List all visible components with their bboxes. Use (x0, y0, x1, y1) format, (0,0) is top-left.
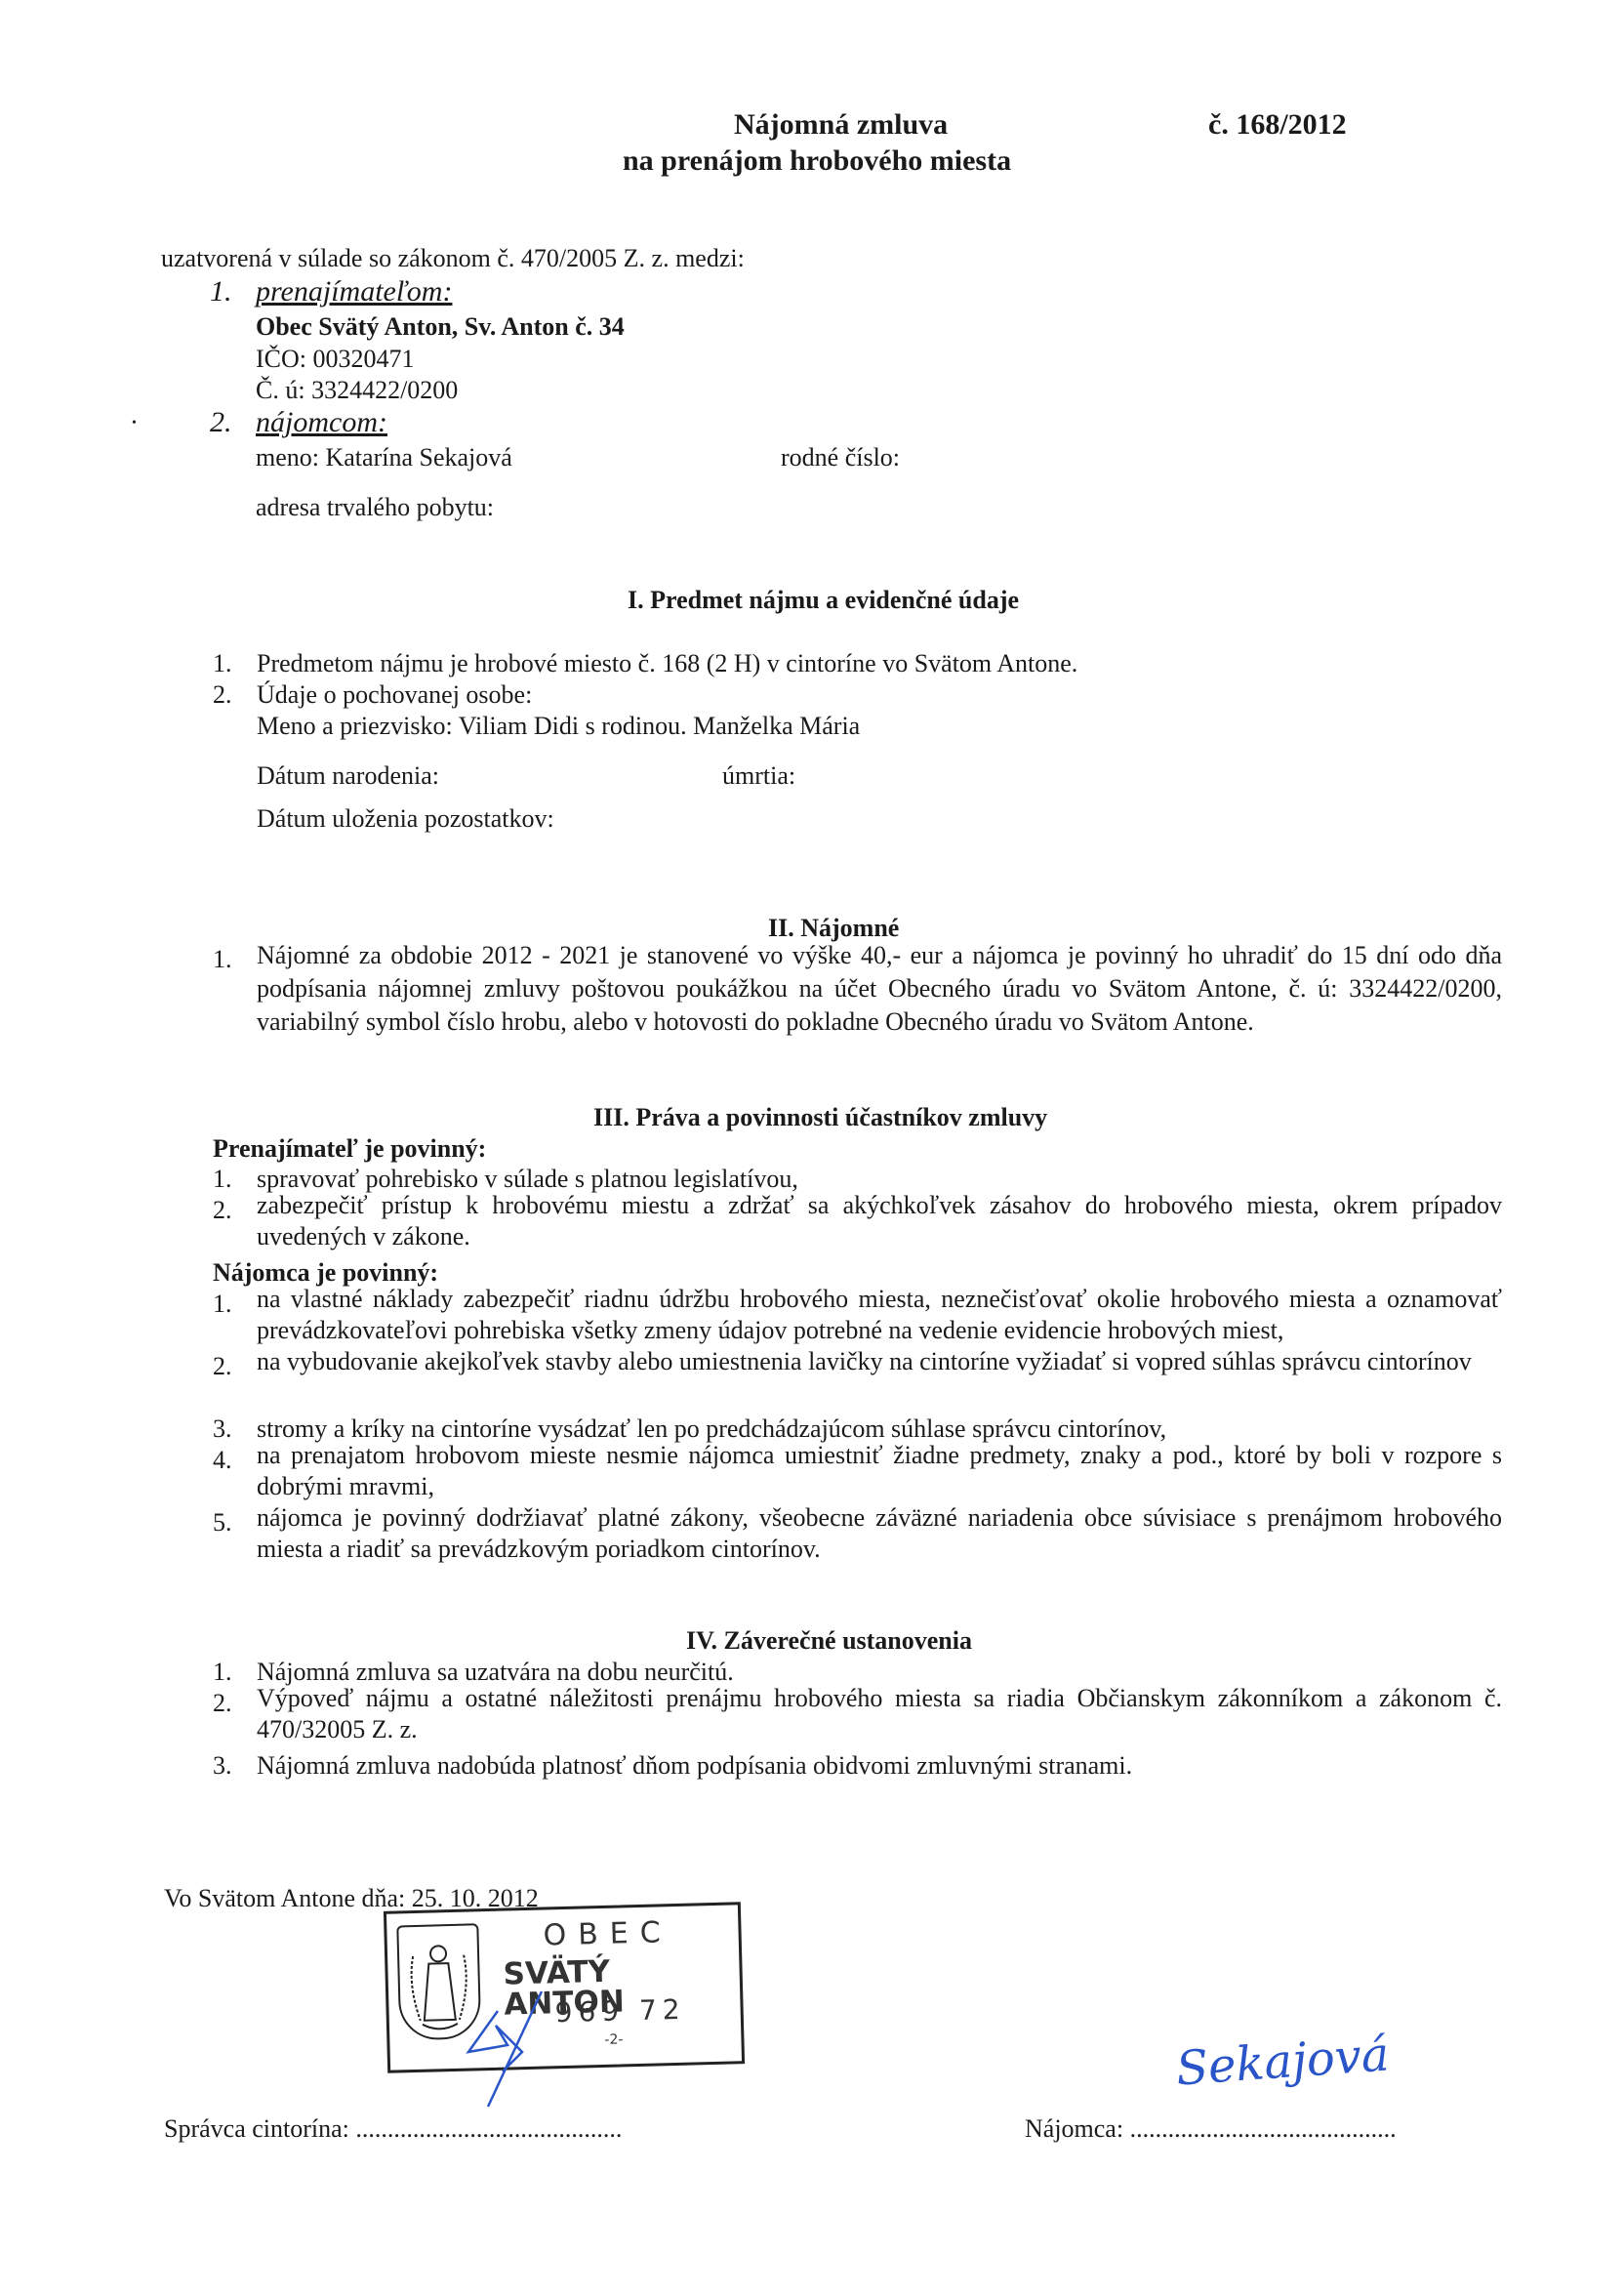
s3-lessor-item1-text: spravovať pohrebisko v súlade s platnou … (257, 1167, 798, 1192)
s3-lessee-item5-text: nájomca je povinný dodržiavať platné zák… (257, 1502, 1502, 1565)
s1-item2-num: 2. (213, 682, 232, 708)
margin-mark: • (132, 417, 137, 430)
s4-item3-text: Nájomná zmluva nadobúda platnosť dňom po… (257, 1753, 1132, 1779)
s3-lessee-item1-num: 1. (213, 1291, 232, 1317)
lessor-number: 1. (210, 277, 232, 307)
document-title: Nájomná zmluva (734, 110, 948, 140)
stamp-line4: -2- (604, 2032, 623, 2046)
s2-item1-num: 1. (213, 947, 232, 972)
document-subtitle: na prenájom hrobového miesta (623, 146, 1011, 176)
s4-item3-num: 3. (213, 1753, 232, 1779)
death-label: úmrtia: (722, 763, 795, 789)
s3-lessor-item2-text: zabezpečiť prístup k hrobovému miestu a … (257, 1190, 1502, 1252)
lessee-duties-heading: Nájomca je povinný: (213, 1260, 438, 1286)
birth-number-label: rodné číslo: (781, 445, 900, 471)
s3-lessee-item5-num: 5. (213, 1510, 232, 1536)
s1-item1-num: 1. (213, 651, 232, 676)
section1-heading: I. Predmet nájmu a evidenčné údaje (628, 588, 1019, 613)
address-label: adresa trvalého pobytu: (256, 495, 494, 520)
lessor-ico: IČO: 00320471 (256, 347, 415, 372)
lessee-name: meno: Katarína Sekajová (256, 445, 512, 471)
stamp-line1: OBEC (543, 1918, 672, 1950)
s3-lessee-item2-text: na vybudovanie akejkoľvek stavby alebo u… (257, 1346, 1502, 1377)
s3-lessee-item3-num: 3. (213, 1416, 232, 1442)
lessee-signature-label: Nájomca: ...............................… (1025, 2116, 1397, 2142)
lessor-name: Obec Svätý Anton, Sv. Anton č. 34 (256, 314, 625, 340)
s3-lessee-item4-num: 4. (213, 1448, 232, 1473)
s4-item2-num: 2. (213, 1691, 232, 1716)
lessor-account: Č. ú: 3324422/0200 (256, 378, 458, 403)
s3-lessee-item4-text: na prenajatom hrobovom mieste nesmie náj… (257, 1440, 1502, 1502)
lessor-role: prenajímateľom: (256, 277, 452, 307)
place-date: Vo Svätom Antone dňa: 25. 10. 2012 (164, 1886, 539, 1911)
manager-signature (449, 1991, 576, 2109)
contract-number: č. 168/2012 (1208, 110, 1347, 140)
s3-lessor-item1-num: 1. (213, 1167, 232, 1192)
s4-item2-text: Výpoveď nájmu a ostatné náležitosti pren… (257, 1683, 1502, 1745)
s3-lessee-item1-text: na vlastné náklady zabezpečiť riadnu údr… (257, 1284, 1502, 1346)
s2-item1-text: Nájomné za obdobie 2012 - 2021 je stanov… (257, 939, 1502, 1039)
s3-lessee-item2-num: 2. (213, 1354, 232, 1379)
section2-heading: II. Nájomné (768, 916, 899, 941)
deceased-name: Meno a priezvisko: Viliam Didi s rodinou… (257, 714, 860, 739)
s4-item1-num: 1. (213, 1660, 232, 1685)
s3-lessor-item2-num: 2. (213, 1198, 232, 1223)
birth-date-label: Dátum narodenia: (257, 763, 439, 789)
intro-text: uzatvorená v súlade so zákonom č. 470/20… (161, 246, 745, 271)
s1-item2-text: Údaje o pochovanej osobe: (257, 682, 532, 708)
manager-signature-label: Správca cintorína: .....................… (164, 2116, 622, 2142)
lessor-duties-heading: Prenajímateľ je povinný: (213, 1136, 486, 1162)
lessee-role: nájomcom: (256, 408, 387, 437)
s3-lessee-item3-text: stromy a kríky na cintoríne vysádzať len… (257, 1416, 1166, 1442)
burial-date-label: Dátum uloženia pozostatkov: (257, 806, 554, 832)
lessee-signature: Sekajová (1175, 2030, 1391, 2092)
s4-item1-text: Nájomná zmluva sa uzatvára na dobu neurč… (257, 1660, 734, 1685)
section4-heading: IV. Záverečné ustanovenia (686, 1628, 972, 1654)
s1-item1-text: Predmetom nájmu je hrobové miesto č. 168… (257, 651, 1077, 676)
section3-heading: III. Práva a povinnosti účastníkov zmluv… (593, 1105, 1047, 1130)
lessee-number: 2. (210, 408, 232, 437)
